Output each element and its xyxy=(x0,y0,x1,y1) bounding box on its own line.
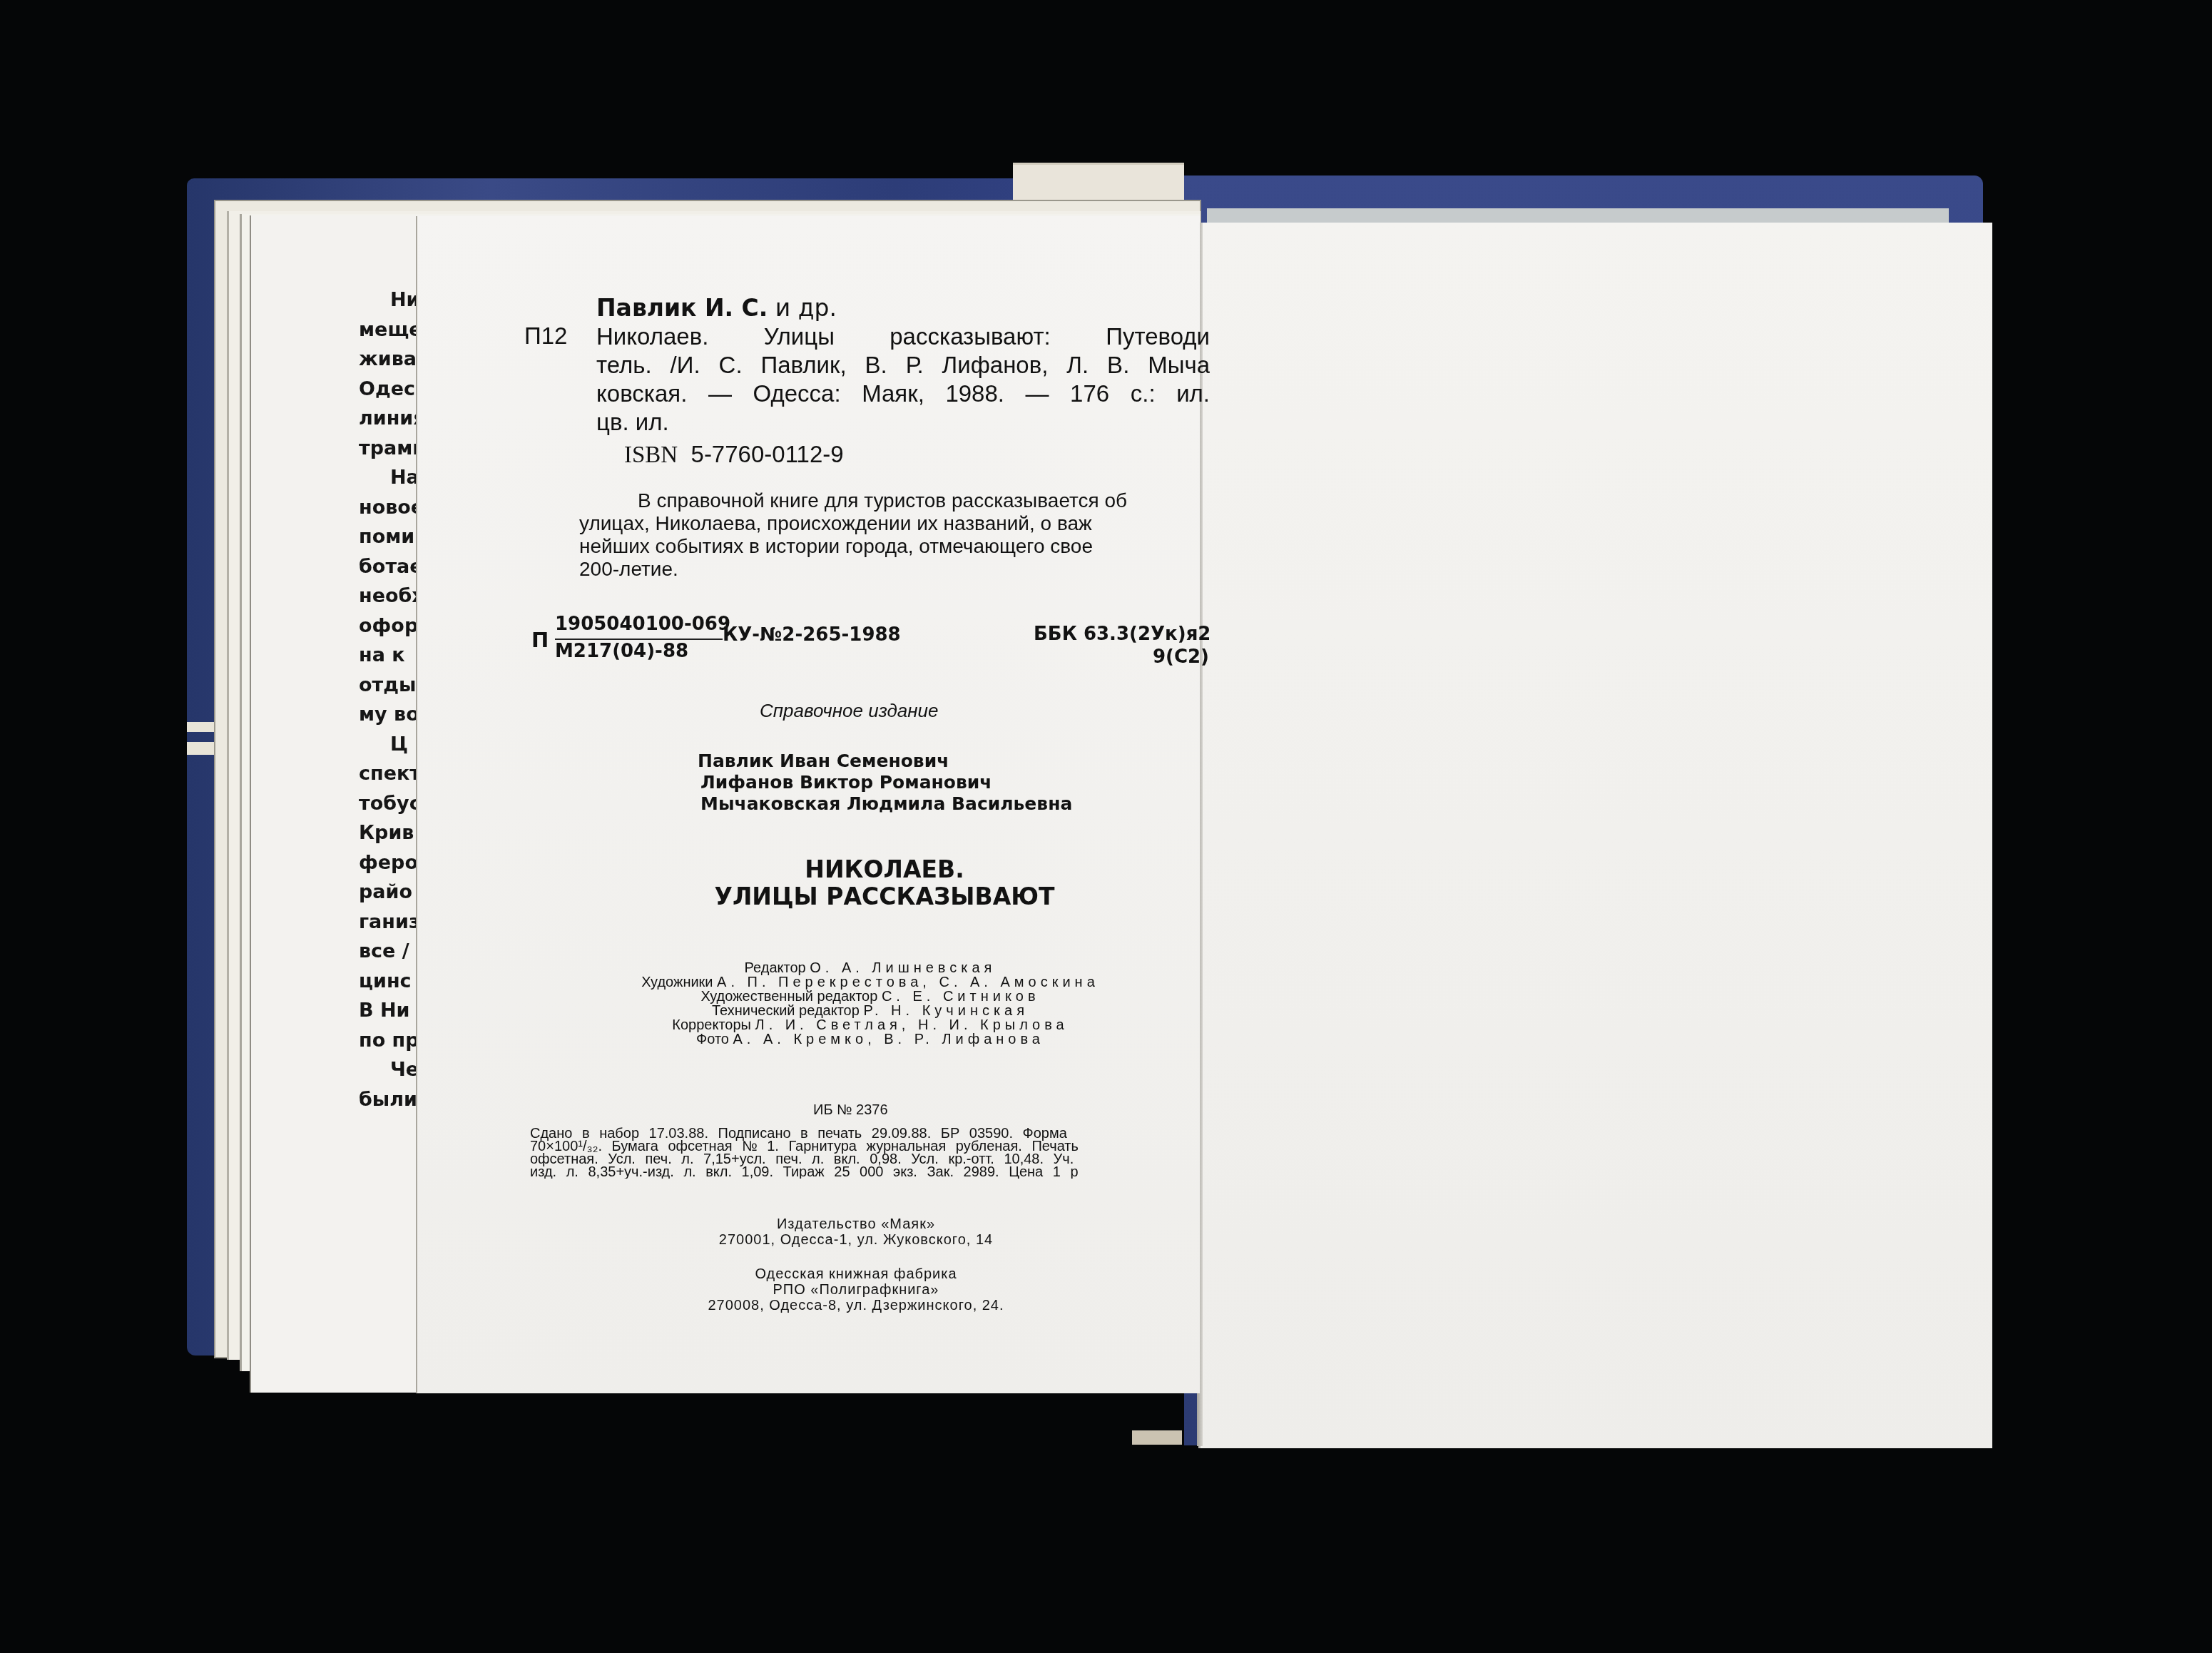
fraction-line xyxy=(555,639,723,640)
fragment-line: новое xyxy=(359,493,416,523)
biblio-line: ковская. — Одесса: Маяк, 1988. — 176 с.:… xyxy=(596,380,1210,408)
credit-role: Корректоры xyxy=(672,1017,755,1033)
credit-role: Фото xyxy=(696,1032,733,1047)
fragment-line: линия xyxy=(359,404,416,434)
fragment-line: на к xyxy=(359,641,416,671)
catalog-annotation: В справочной книге для туристов рассказы… xyxy=(579,489,1211,581)
credit-role: Художники xyxy=(641,975,717,990)
fragment-line: Одес xyxy=(359,375,416,405)
catalog-author-heading: Павлик И. С. и др. xyxy=(596,294,837,322)
bbk-code: ББК 63.3(2Ук)я2 xyxy=(1034,624,1209,645)
fragment-line: спект xyxy=(359,759,416,789)
credit-role: Художественный редактор xyxy=(700,989,882,1004)
fragment-line: необх xyxy=(359,581,416,611)
credit-role: Редактор xyxy=(745,960,810,976)
fragment-line: ганиз xyxy=(359,907,416,937)
index-numerator: 1905040100-069 xyxy=(555,614,730,635)
biblio-line: Николаев. Улицы рассказывают: Путеводи xyxy=(596,322,1210,351)
credits-list: Редактор О. А. ЛишневскаяХудожники А. П.… xyxy=(585,961,1156,1047)
fragment-line: Ни xyxy=(359,285,416,315)
fragment-line: Че xyxy=(359,1055,416,1085)
index-denominator: М217(04)-88 xyxy=(555,641,688,662)
fragment-line: были xyxy=(359,1085,416,1115)
fragment-line: по пр xyxy=(359,1026,416,1056)
printer-info: Одесская книжная фабрика РПО «Полиграфкн… xyxy=(642,1266,1070,1313)
author-name: Павлик Иван Семенович xyxy=(698,751,1072,772)
spine-tape-bottom xyxy=(1132,1430,1182,1445)
credit-name: С. Е. Ситников xyxy=(882,989,1040,1004)
biblio-line: цв. ил. xyxy=(596,408,1210,437)
print-imprint: Сдано в набор 17.03.88. Подписано в печа… xyxy=(530,1127,1210,1179)
fragment-line: райо xyxy=(359,878,416,907)
credit-name: О. А. Лишневская xyxy=(810,960,996,976)
fragment-line: офор xyxy=(359,611,416,641)
credit-line: Художники А. П. Перекрестова, С. А. Амос… xyxy=(585,975,1156,990)
fragment-line: тобус xyxy=(359,789,416,819)
credit-line: Фото А. А. Кремко, В. Р. Лифанова xyxy=(585,1032,1156,1047)
fragment-line: Ц xyxy=(359,730,416,760)
author-full-names: Павлик Иван Семенович Лифанов Виктор Ром… xyxy=(698,751,1072,815)
credit-name: Р. Н. Кучинская xyxy=(863,1003,1029,1019)
fragment-line: ботае xyxy=(359,552,416,582)
fragment-line: отды xyxy=(359,671,416,701)
credit-line: Технический редактор Р. Н. Кучинская xyxy=(585,1004,1156,1018)
edition-type: Справочное издание xyxy=(760,700,939,722)
fragment-line: феро xyxy=(359,848,416,878)
fragment-line: Крив xyxy=(359,818,416,848)
index-ku-code: КУ-№2-265-1988 xyxy=(723,624,901,646)
fragment-line: В Ни xyxy=(359,996,416,1026)
fragment-line: цинс xyxy=(359,967,416,997)
isbn: ISBN 5-7760-0112-9 xyxy=(624,441,844,469)
index-letter: П xyxy=(531,628,549,652)
catalog-class-code: П12 xyxy=(524,322,567,350)
book-title: НИКОЛАЕВ. УЛИЦЫ РАССКАЗЫВАЮТ xyxy=(699,856,1070,910)
cover-stripe xyxy=(187,742,215,755)
credit-line: Корректоры Л. И. Светлая, Н. И. Крылова xyxy=(585,1018,1156,1032)
credit-line: Художественный редактор С. Е. Ситников xyxy=(585,990,1156,1004)
publisher-info: Издательство «Маяк» 270001, Одесса-1, ул… xyxy=(642,1216,1070,1248)
author-name: Лифанов Виктор Романович xyxy=(698,772,1072,793)
fragment-line: поми xyxy=(359,522,416,552)
biblio-line: тель. /И. С. Павлик, В. Р. Лифанов, Л. В… xyxy=(596,351,1210,380)
fragment-line: живае xyxy=(359,345,416,375)
catalog-bibliographic-record: Николаев. Улицы рассказывают: Путеводи т… xyxy=(596,322,1210,437)
author-name: Мычаковская Людмила Васильевна xyxy=(698,793,1072,815)
credit-line: Редактор О. А. Лишневская xyxy=(585,961,1156,975)
credit-name: А. П. Перекрестова, С. А. Амоскина xyxy=(717,975,1099,990)
fragment-line: трамв xyxy=(359,434,416,464)
left-page-text-fragment: НимещеживаеОдеслиниятрамвНановоепомибота… xyxy=(359,285,416,1114)
cover-stripe xyxy=(187,722,215,732)
credit-role: Технический редактор xyxy=(712,1003,864,1019)
fragment-line: На xyxy=(359,463,416,493)
credit-name: Л. И. Светлая, Н. И. Крылова xyxy=(755,1017,1069,1033)
credit-name: А. А. Кремко, В. Р. Лифанова xyxy=(733,1032,1044,1047)
ib-number: ИБ № 2376 xyxy=(813,1102,888,1119)
fragment-line: му во xyxy=(359,700,416,730)
right-page-blank xyxy=(1198,223,1992,1448)
bbk-code-2: 9(С2) xyxy=(1141,646,1209,668)
fragment-line: все / xyxy=(359,937,416,967)
fragment-line: меще xyxy=(359,315,416,345)
